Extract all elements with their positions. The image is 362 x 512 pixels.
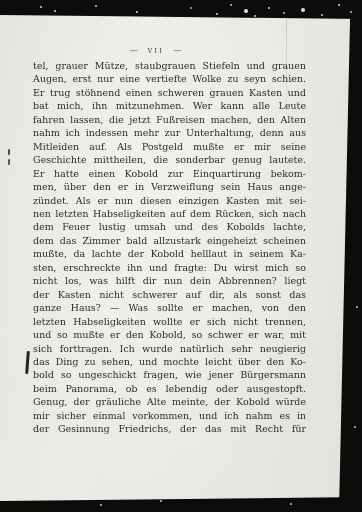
scanned-page: —vii— tel, grauer Mütze, staubgrauen Sti… (0, 0, 362, 512)
text-line: fahren lassen, die jetzt Fußreisen mache… (33, 114, 306, 127)
text-line: Augen, erst nur eine vertiefte Wolke zu … (33, 73, 306, 86)
text-line: dem Feuer lustig umsah und des Kobolds l… (33, 221, 306, 234)
text-line: ganze Haus? — Was sollte er machen, von … (33, 302, 306, 315)
ink-mark-artifact (8, 159, 10, 165)
body-text: tel, grauer Mütze, staubgrauen Stiefeln … (33, 60, 306, 437)
text-line: Geschichte mittheilen, die sonderbar gen… (33, 154, 306, 167)
text-line: nicht los, was hilft dir nun dein Abbren… (33, 275, 306, 288)
text-line: mir sicher einmal vorkommen, und ich nah… (33, 410, 306, 423)
text-line: der Gesinnung Friedrichs, der das mit Re… (33, 423, 306, 436)
scan-edge-bottom (0, 494, 362, 512)
text-line: das Ding zu sehen, und mochte leicht übe… (33, 356, 306, 369)
text-line: nen letzten Habseligkeiten auf dem Rücke… (33, 208, 306, 221)
text-line: Er hatte einen Kobold zur Einquartirung … (33, 168, 306, 181)
ink-mark-artifact (8, 149, 10, 155)
text-line: mußte, da lachte der Kobold helllaut in … (33, 248, 306, 261)
scan-edge-top (0, 0, 362, 20)
text-line: tel, grauer Mütze, staubgrauen Stiefeln … (33, 60, 306, 73)
text-line: sten, erschreckte ihn und fragte: Du wir… (33, 262, 306, 275)
page-number: vii (148, 46, 165, 56)
text-line: Mitleiden auf. Als Postgeld mußte er mir… (33, 141, 306, 154)
header-left-dash: — (130, 46, 139, 55)
text-line: men, über den er in Verzweiflung sein Ha… (33, 181, 306, 194)
text-line: bold so ungeschickt fragen, wie jener Bü… (33, 369, 306, 382)
text-line: Er trug stöhnend einen schweren grauen K… (33, 87, 306, 100)
text-line: nahm ich indessen mehr zur Unterhaltung,… (33, 127, 306, 140)
text-line: beim Panorama, ob es lebendig oder ausge… (33, 383, 306, 396)
ink-mark-artifact (25, 351, 29, 374)
text-line: Genug, der gräuliche Alte meinte, der Ko… (33, 396, 306, 409)
dust-speckles (40, 6, 42, 8)
text-line: bat mich, ihn mitzunehmen. Wer kann alle… (33, 100, 306, 113)
text-line: zündet. Als er nun diesen einzigen Kaste… (33, 195, 306, 208)
paper-crease-line (286, 19, 287, 117)
text-line: dem das Zimmer bald allzustark eingeheiz… (33, 235, 306, 248)
scan-edge-right (338, 0, 362, 512)
page-header: —vii— (100, 46, 212, 56)
header-right-dash: — (173, 46, 182, 55)
text-line: der Kasten nicht schwerer auf dir, als s… (33, 289, 306, 302)
text-line: und so mußte er den Kobold, so schwer er… (33, 329, 306, 342)
text-line: letzten Habseligkeiten wollte er sich ni… (33, 316, 306, 329)
text-line: sich forttragen. Ich wurde natürlich seh… (33, 343, 306, 356)
